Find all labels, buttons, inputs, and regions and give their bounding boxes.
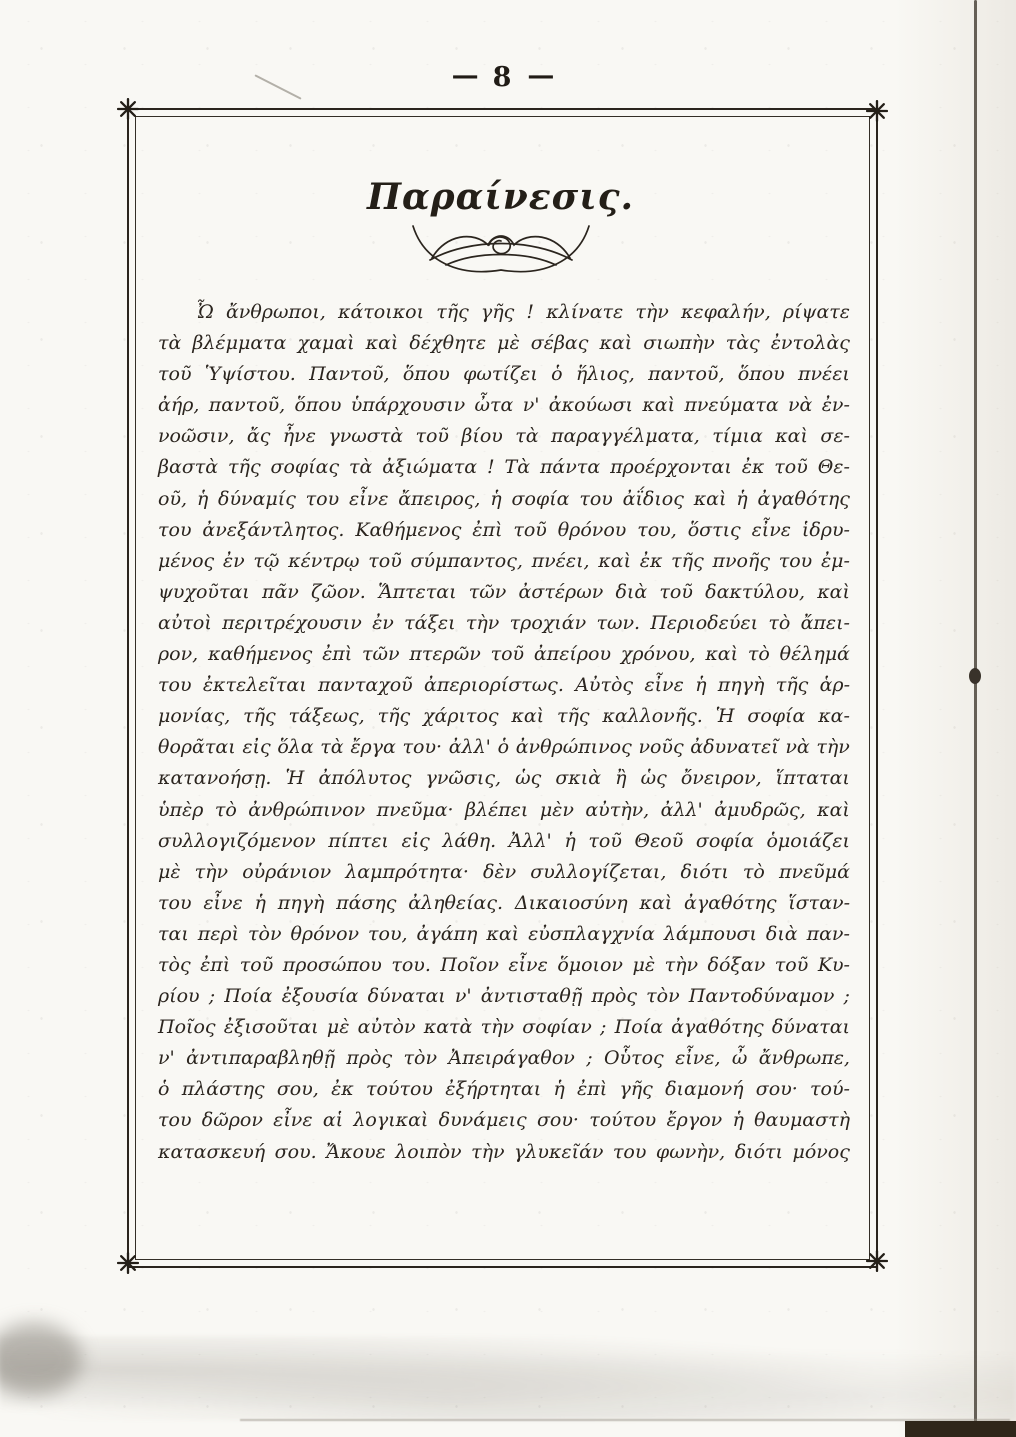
text-line: ψυχοῦταιπᾶνζῶον.Ἅπτεταιτῶνἀστέρωνδιὰτοῦδ…	[158, 577, 850, 608]
corner-star-icon	[866, 1250, 888, 1272]
bottom-smudge-band	[0, 1336, 1016, 1420]
page-edge-shadow	[974, 0, 977, 1437]
flourish-ornament	[406, 221, 596, 279]
text-line: τουἀνεξάντλητος.Καθήμενοςἐπὶτοῦθρόνουτου…	[158, 515, 850, 546]
text-line: ὁπλάστηςσου,ἐκτούτουἐξήρτηταιἡἐπὶγῆςδιαμ…	[158, 1074, 850, 1105]
text-line: ὑπὲρτὸἀνθρώπινονπνεῦμα·βλέπειμὲναὐτὴν,ἀλ…	[158, 795, 850, 826]
text-line: ταιπερὶτὸνθρόνοντου,ἀγάπηκαὶεὐσπλαγχνίαλ…	[158, 919, 850, 950]
text-line: κατανοήσῃ.Ἡἀπόλυτοςγνῶσις,ὡςσκιὰἢὡςὄνειρ…	[158, 763, 850, 794]
corner-star-icon	[117, 98, 139, 120]
text-line: Ποῖοςἐξισοῦταιμὲαὐτὸνκατὰτὴνσοφίαν;Ποίαἀ…	[158, 1012, 850, 1043]
text-line: ρον,καθήμενοςἐπὶτῶνπτερῶντοῦἀπείρουχρόνο…	[158, 639, 850, 670]
text-line: θορᾶταιεἰςὅλατὰἔργατου·ἀλλ'ὁἀνθρώπινοςνο…	[158, 732, 850, 763]
text-line: τουεἶνεἡπηγὴπάσηςἀληθείας.Δικαιοσύνηκαὶἀ…	[158, 888, 850, 919]
text-line: ἀήρ,παντοῦ,ὅπουὑπάρχουσινὦταν'ἀκούωσικαὶ…	[158, 390, 850, 421]
text-line: μένοςἐντῷκέντρῳτοῦσύμπαντος,πνέει,καὶἐκτ…	[158, 546, 850, 577]
text-line: συλλογιζόμενονπίπτειεἰςλάθη.Ἀλλ'ἡτοῦΘεοῦ…	[158, 826, 850, 857]
text-line: τὸςἐπὶτοῦπροσώπουτου.Ποῖονεἶνεὅμοιονμὲτὴ…	[158, 950, 850, 981]
text-line: Ὦἄνθρωποι,κάτοικοιτῆςγῆς!κλίνατετὴνκεφαλ…	[158, 297, 850, 328]
page-number-right-dash: —	[527, 60, 552, 91]
text-line: τὰβλέμματαχαμαὶκαὶδέχθητεμὲσέβαςκαὶσιωπὴ…	[158, 328, 850, 359]
text-line: τοῦὙψίστου.Παντοῦ,ὅπουφωτίζειὁἥλιος,παντ…	[158, 359, 850, 390]
text-line: τουἐκτελεῖταιπανταχοῦἀπεριορίστως.Αὐτὸςε…	[158, 670, 850, 701]
text-line: βαστὰτῆςσοφίαςτὰἀξιώματα!Τὰπάνταπροέρχον…	[158, 452, 850, 483]
section-title: Παραίνεσις.	[127, 176, 874, 218]
scanned-book-page: —8— Παραίνεσις.	[0, 0, 1016, 1437]
bottom-edge-streak	[240, 1419, 1010, 1421]
text-line: νοῶσιν,ἄςἦνεγνωστὰτοῦβίουτὰπαραγγέλματα,…	[158, 421, 850, 452]
corner-star-icon	[866, 100, 888, 122]
text-line: αὐτοὶπεριτρέχουσινἐντάξειτὴντροχιάντων.Π…	[158, 608, 850, 639]
page-number-left-dash: —	[452, 60, 477, 91]
page-number-value: 8	[493, 62, 512, 93]
body-text: Ὦἄνθρωποι,κάτοικοιτῆςγῆς!κλίνατετὴνκεφαλ…	[158, 297, 850, 1168]
text-line: τουδῶρονεἶνεαἱλογικαὶδυνάμειςσου·τούτουἔ…	[158, 1105, 850, 1136]
text-line: μὲτὴνοὐράνιονλαμπρότητα·δὲνσυλλογίζεται,…	[158, 857, 850, 888]
bottom-right-dark-corner	[905, 1421, 1016, 1437]
page-edge-blot	[969, 668, 981, 684]
text-line: κατασκευήσου.Ἄκουελοιπὸντὴνγλυκεῖάντουφω…	[158, 1137, 850, 1168]
text-line: οῦ,ἡδύναμίςτουεἶνεἄπειρος,ἡσοφίατουἀΐδιο…	[158, 484, 850, 515]
corner-star-icon	[117, 1252, 139, 1274]
text-line: μονίας,τῆςτάξεως,τῆςχάριτοςκαὶτῆςκαλλονῆ…	[158, 701, 850, 732]
page-number: —8—	[0, 62, 1004, 93]
text-line: ν'ἀντιπαραβληθῇπρὸςτὸνἈπειράγαθον;Οὗτοςε…	[158, 1043, 850, 1074]
text-line: ρίου;Ποίαἐξουσίαδύναταιν'ἀντισταθῇπρὸςτὸ…	[158, 981, 850, 1012]
